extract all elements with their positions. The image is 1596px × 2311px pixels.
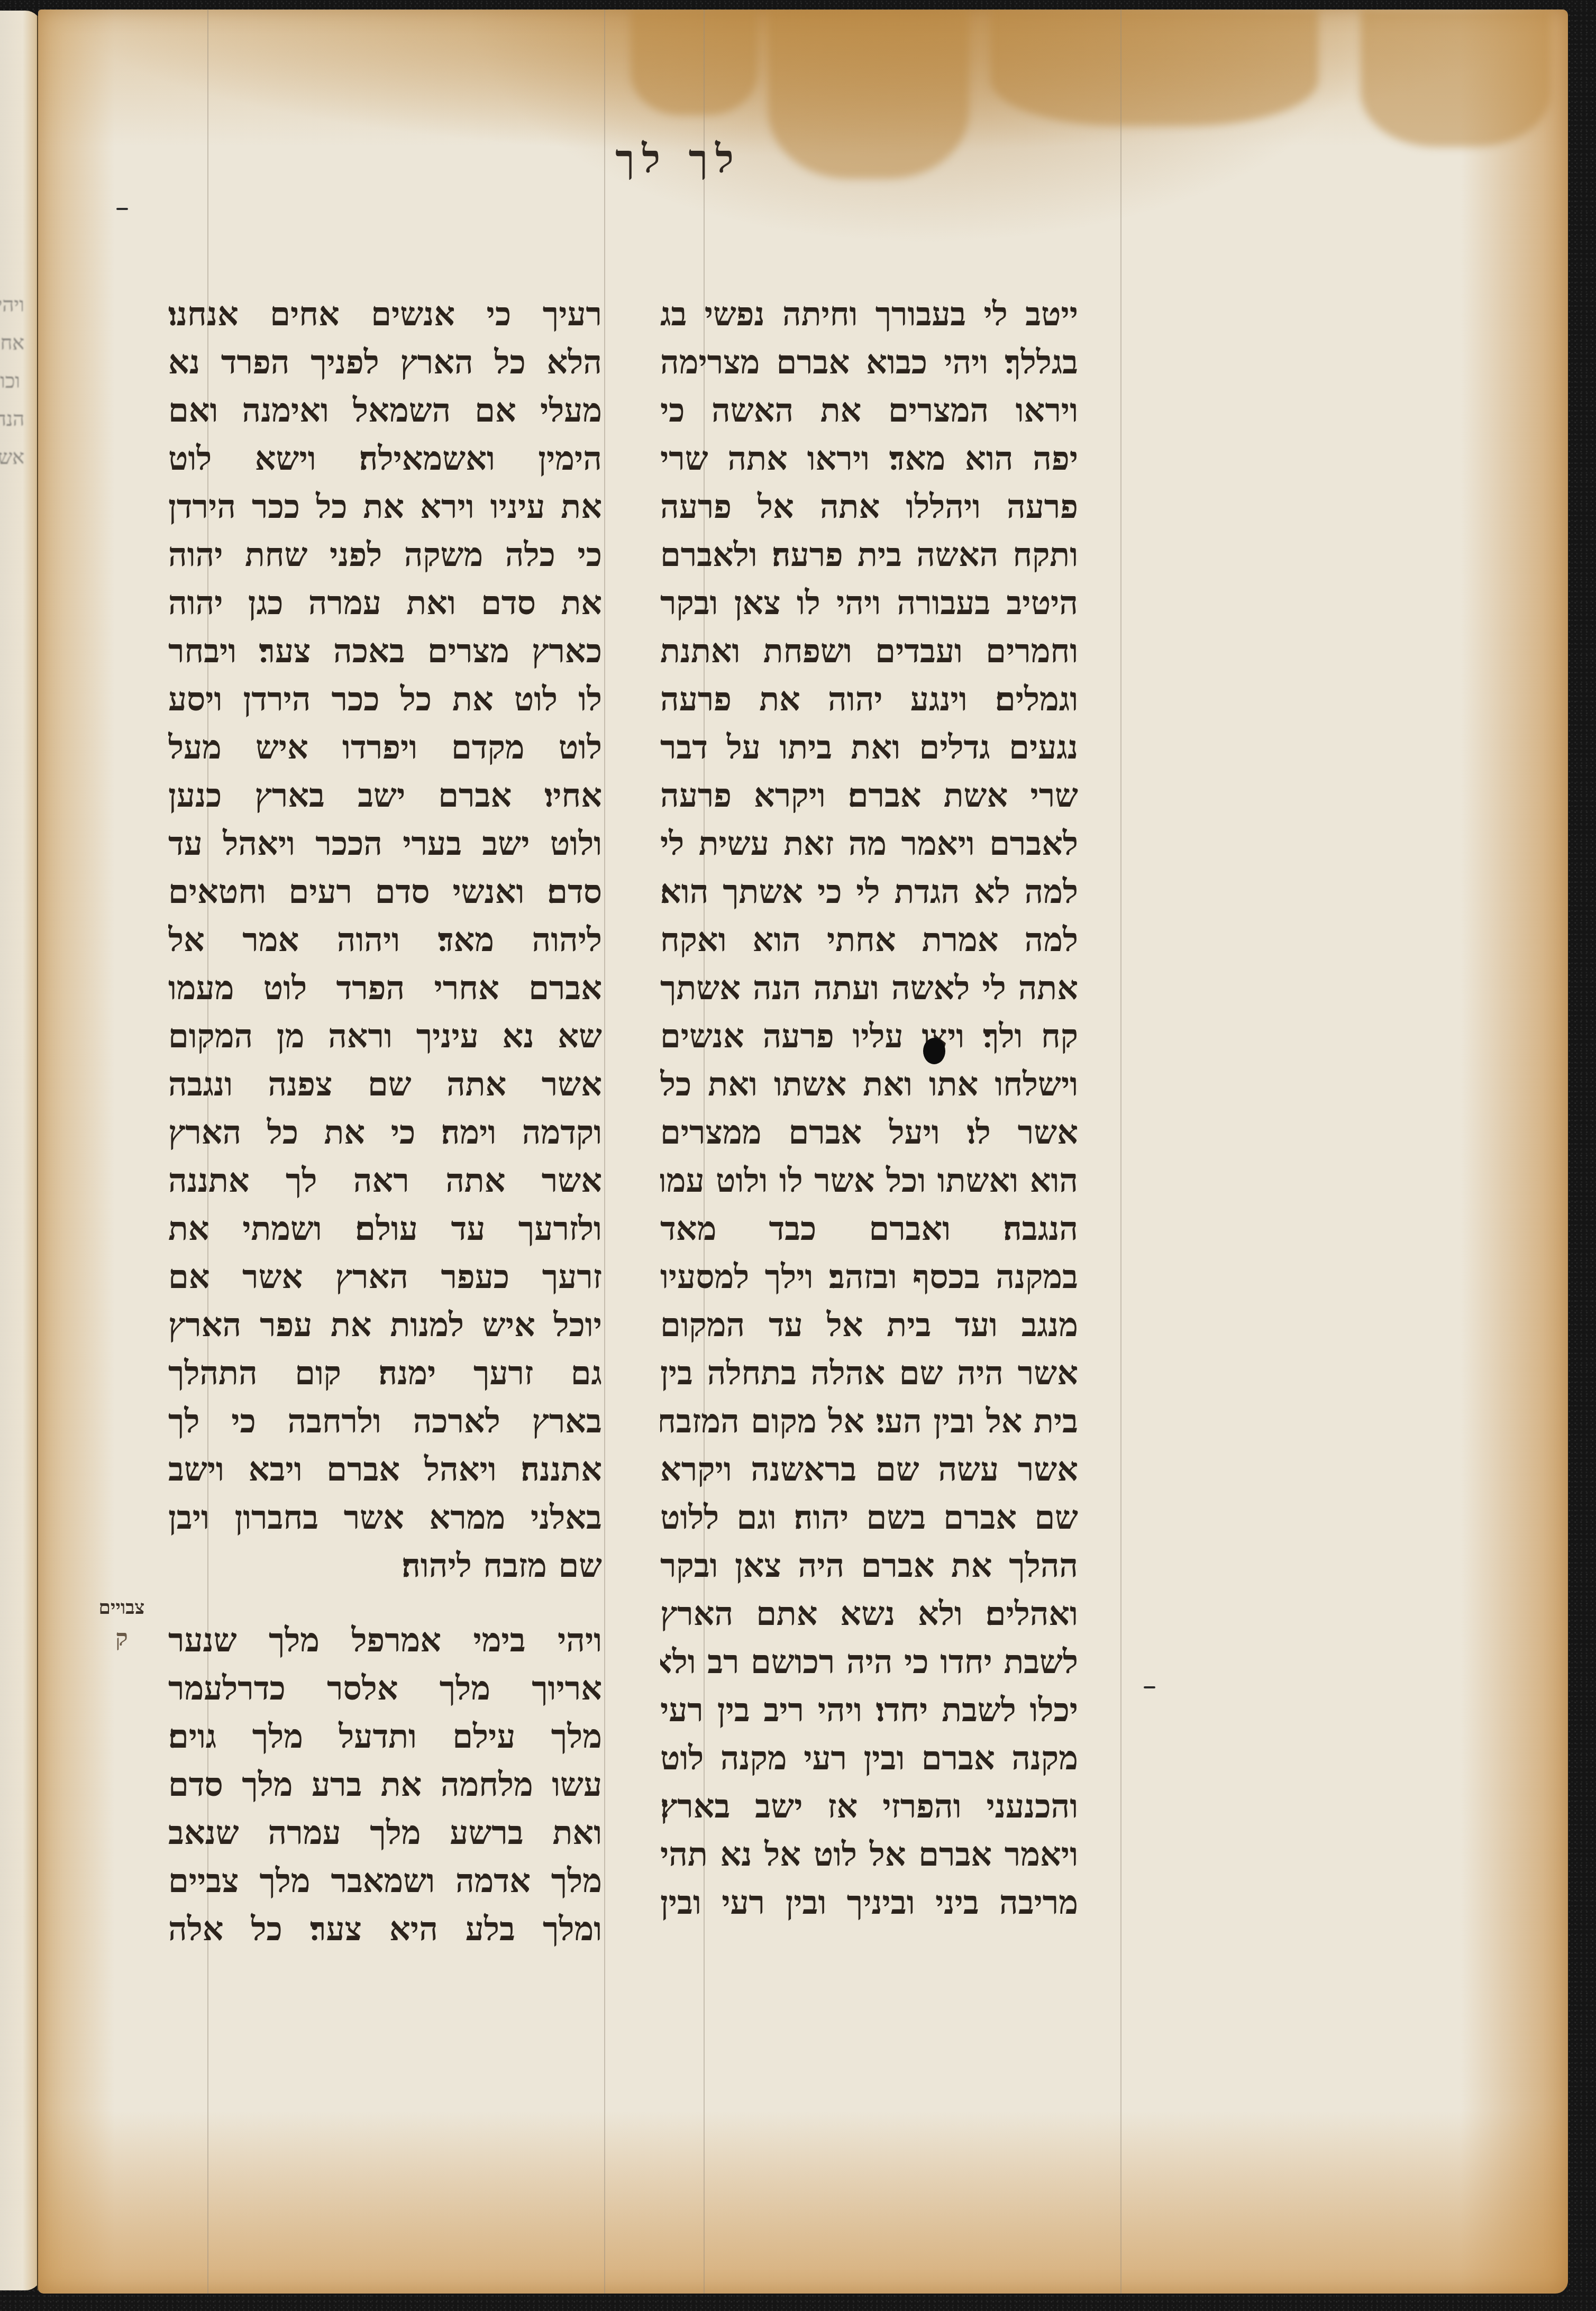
water-stain xyxy=(990,10,1318,126)
text-line: הנגבה׃ ואברם כבד מאד xyxy=(660,1204,1078,1253)
text-column-right: ייטב לי בעבורך וחיתה נפשי בג בגללך׃ ויהי… xyxy=(660,290,1078,1926)
text-line: אשר אתה שם צפנה ונגבה xyxy=(168,1060,602,1108)
text-line: אתננה׃ ויאהל אברם ויבא וישב xyxy=(168,1445,602,1493)
text-line: ההלך את אברם היה צאן ובקר xyxy=(660,1541,1078,1590)
text-line: ותקח האשה בית פרעה׃ ולאברם xyxy=(660,531,1078,579)
text-line: ויהי בימי אמרפל מלך שנער xyxy=(168,1616,602,1664)
text-line: אשר עשה שם בראשנה ויקרא xyxy=(660,1445,1078,1493)
text-line: ולזרעך עד עולם׃ ושמתי את xyxy=(168,1204,602,1253)
text-line: והכנעני והפרזי אז ישב בארץ׃ xyxy=(660,1782,1078,1830)
text-line: באלני ממרא אשר בחברון ויבן xyxy=(168,1493,602,1541)
text-line: סדם׃ ואנשי סדם רעים וחטאים xyxy=(168,867,602,916)
text-line: שם מזבח ליהוה׃ xyxy=(168,1541,602,1590)
ruling-line xyxy=(604,10,605,2294)
text-line: ולוט ישב בערי הככר ויאהל עד xyxy=(168,819,602,867)
text-line: לו לוט את כל ככר הירדן ויסע xyxy=(168,675,602,723)
text-line: הוא ואשתו וכל אשר לו ולוט עמו xyxy=(660,1156,1078,1204)
text-line: אשר היה שם אהלה בתחלה בין xyxy=(660,1349,1078,1397)
text-line: אברם אחרי הפרד לוט מעמו xyxy=(168,964,602,1012)
text-line: מעלי אם השמאל ואימנה ואם xyxy=(168,386,602,434)
text-line: מריבה ביני וביניך ובין רעי ובין xyxy=(660,1878,1078,1926)
text-line: כי כלה משקה לפני שחת יהוה xyxy=(168,531,602,579)
text-line: יפה הוא מאד׃ ויראו אתה שרי xyxy=(660,434,1078,482)
text-line: לאברם ויאמר מה זאת עשית לי xyxy=(660,819,1078,867)
text-line: יוכל איש למנות את עפר הארץ xyxy=(168,1301,602,1349)
section-break xyxy=(168,1590,602,1616)
text-line: מלך אדמה ושמאבר מלך צביים xyxy=(168,1857,602,1905)
text-line: גם זרעך ימנה׃ קום התהלך xyxy=(168,1349,602,1397)
text-line: לוט מקדם ויפרדו איש מעל xyxy=(168,723,602,771)
qere-mark: ק xyxy=(85,1623,159,1654)
masoretic-margin-note: צבויים ק xyxy=(85,1592,159,1654)
text-line: שרי אשת אברם׃ ויקרא פרעה xyxy=(660,771,1078,819)
text-line: במקנה בכסף ובזהב׃ וילך למסעיו xyxy=(660,1253,1078,1301)
text-line: שם אברם בשם יהוה׃ וגם ללוט xyxy=(660,1493,1078,1541)
water-stain xyxy=(1361,10,1551,147)
text-line: את עיניו וירא את כל ככר הירדן xyxy=(168,482,602,531)
ink-dot-marker xyxy=(923,1038,945,1064)
text-line: ייטב לי בעבורך וחיתה נפשי בג xyxy=(660,290,1078,338)
text-line: מנגב ועד בית אל עד המקום xyxy=(660,1301,1078,1349)
text-line: וקדמה וימה׃ כי את כל הארץ xyxy=(168,1108,602,1156)
text-line: וישלחו אתו ואת אשתו ואת כל xyxy=(660,1060,1078,1108)
water-stain xyxy=(631,10,758,115)
text-line: מקנה אברם ובין רעי מקנה לוט xyxy=(660,1734,1078,1782)
text-line: ואת ברשע מלך עמרה שנאב xyxy=(168,1808,602,1857)
text-line: בארץ לארכה ולרחבה כי לך xyxy=(168,1397,602,1445)
text-line: נגעים גדלים ואת ביתו על דבר xyxy=(660,723,1078,771)
text-line: אתה לי לאשה ועתה הנה אשתך xyxy=(660,964,1078,1012)
text-line: יכלו לשבת יחדו׃ ויהי ריב בין רעי xyxy=(660,1686,1078,1734)
text-line: רעיך כי אנשים אחים אנחנו׃ xyxy=(168,290,602,338)
pricking-mark xyxy=(1144,1686,1155,1688)
text-line: וגמלים׃ וינגע יהוה את פרעה xyxy=(660,675,1078,723)
text-line: ליהוה מאד׃ ויהוה אמר אל xyxy=(168,916,602,964)
text-line: אשר לו׃ ויעל אברם ממצרים xyxy=(660,1108,1078,1156)
text-line: בגללך׃ ויהי כבוא אברם מצרימה xyxy=(660,338,1078,386)
text-column-left: רעיך כי אנשים אחים אנחנו׃ הלא כל הארץ לפ… xyxy=(168,290,602,1953)
text-line: היטיב בעבורה ויהי לו צאן ובקר xyxy=(660,579,1078,627)
previous-page-edge: ויהיאחרוכוהנהאשר xyxy=(0,11,41,2290)
text-line: כארץ מצרים באכה צער׃ ויבחר xyxy=(168,627,602,675)
text-line: פרעה ויהללו אתה אל פרעה xyxy=(660,482,1078,531)
text-line: הלא כל הארץ לפניך הפרד נא xyxy=(168,338,602,386)
text-line: ויאמר אברם אל לוט אל נא תהי xyxy=(660,1830,1078,1878)
text-line: עשו מלחמה את ברע מלך סדם xyxy=(168,1760,602,1808)
text-line: וחמרים ועבדים ושפחת ואתנת xyxy=(660,627,1078,675)
text-line: קח ולך׃ ויצו עליו פרעה אנשים xyxy=(660,1012,1078,1060)
pricking-mark xyxy=(116,208,128,210)
text-line: בית אל ובין העי׃ אל מקום המזבח xyxy=(660,1397,1078,1445)
text-line: ויראו המצרים את האשה כי xyxy=(660,386,1078,434)
text-line: למה לא הגדת לי כי אשתך הוא׃ xyxy=(660,867,1078,916)
text-line: למה אמרת אחתי הוא ואקח xyxy=(660,916,1078,964)
text-line: את סדם ואת עמרה כגן יהוה xyxy=(168,579,602,627)
text-line: מלך עילם ותדעל מלך גוים׃ xyxy=(168,1712,602,1760)
water-stain xyxy=(768,10,969,179)
previous-page-text-fragment: ויהיאחרוכוהנהאשר xyxy=(0,286,24,476)
text-line: זרעך כעפר הארץ אשר אם xyxy=(168,1253,602,1301)
text-line: ומלך בלע היא צער׃ כל אלה xyxy=(168,1905,602,1953)
text-line: שא נא עיניך וראה מן המקום xyxy=(168,1012,602,1060)
running-title: לך לך xyxy=(609,136,747,182)
text-line: לשבת יחדו כי היה רכושם רב ולא xyxy=(660,1638,1078,1686)
ruling-line xyxy=(1120,10,1121,2294)
text-line: אחיו׃ אברם ישב בארץ כנען xyxy=(168,771,602,819)
text-line: הימין ואשמאילה׃ וישא לוט xyxy=(168,434,602,482)
text-line: ואהלים׃ ולא נשא אתם הארץ xyxy=(660,1590,1078,1638)
text-line: אשר אתה ראה לך אתננה xyxy=(168,1156,602,1204)
margin-note-word: צבויים xyxy=(85,1592,159,1623)
text-line: אריוך מלך אלסר כדרלעמר xyxy=(168,1664,602,1712)
